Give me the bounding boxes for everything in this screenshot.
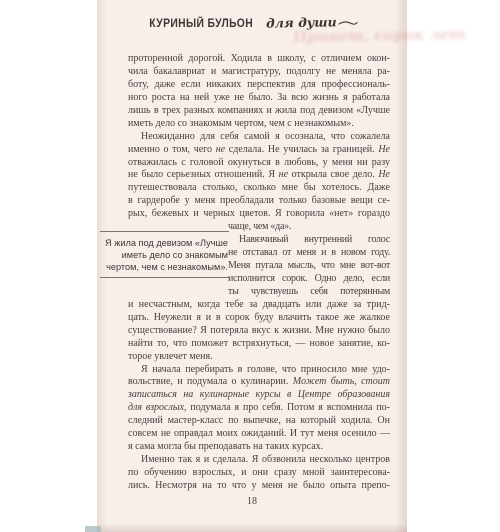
- text-run: рых, бежевых и черных цветов. Я говорила…: [128, 208, 390, 219]
- text-run: боту, даже если никаких перспектив для п…: [128, 79, 390, 90]
- text-run: по обучению взрослых, и они сразу мной з…: [128, 467, 390, 478]
- text-line: вольствие, и подумала о кулинарии. Может…: [128, 376, 390, 389]
- text-run: в гардеробе у меня преобладали только ба…: [128, 195, 390, 206]
- text-line: проторенной дорогой. Ходила в школу, с о…: [128, 53, 390, 66]
- text-run: совсем не оправдал моих ожиданий. И тут …: [128, 428, 390, 439]
- text-line: Меня пугала мысль, что мне вот-вот: [128, 260, 390, 273]
- text-line: не было серьезных отношений. Я не открыл…: [128, 169, 390, 182]
- text-run: отважилась с головой окунуться в любовь,…: [128, 157, 390, 168]
- text-line: в гардеробе у меня преобладали только ба…: [128, 195, 390, 208]
- text-run: найти то, что поможет встряхнуться, — но…: [128, 338, 390, 349]
- text-run: подумала я про себя. Потом я вспомнила п…: [187, 402, 390, 413]
- text-run: лись. Несмотря на то что у меня не было …: [128, 480, 390, 491]
- text-run: ного роста на ней уже не было. За всю жи…: [128, 92, 390, 103]
- text-line: найти то, что поможет встряхнуться, — но…: [128, 338, 390, 351]
- text-line: Неожиданно для себя самой я осознала, чт…: [128, 131, 390, 144]
- text-line: торое увлечет меня.: [128, 351, 390, 364]
- text-line: совсем не оправдал моих ожиданий. И тут …: [128, 428, 390, 441]
- text-line: чила бакалавриат и магистратуру, подолгу…: [128, 66, 390, 79]
- emphasized-text: записаться на кулинарные курсы в Центре …: [128, 389, 390, 400]
- text-run: исполнится сорок. Одно дело, если: [228, 273, 390, 284]
- text-run: именно о том, чего: [128, 144, 216, 155]
- text-run: ты чувствуешь себя потерянным: [228, 286, 390, 297]
- emphasized-text: не: [216, 144, 225, 155]
- text-line: чаще, чем «да».: [128, 221, 390, 234]
- text-run: и несчастным, когда тебе за двадцать или…: [128, 299, 390, 310]
- body-text: проторенной дорогой. Ходила в школу, с о…: [128, 53, 390, 493]
- running-head-series-subtitle: для души: [266, 14, 337, 30]
- text-run: лишь в трех разных компаниях и жила под …: [128, 105, 390, 116]
- text-line: лись. Несмотря на то что у меня не было …: [128, 480, 390, 493]
- page-number: 18: [97, 496, 407, 507]
- running-head-series-title: КУРИНЫЙ БУЛЬОН: [150, 18, 254, 31]
- text-line: Именно так я и сделала. Я обзвонила неск…: [128, 454, 390, 467]
- text-line: именно о том, чего не сделала. Не училас…: [128, 144, 390, 157]
- text-line: ного роста на ней уже не было. За всю жи…: [128, 92, 390, 105]
- text-run: Меня пугала мысль, что мне вот-вот: [228, 260, 390, 271]
- emphasized-text: не: [279, 169, 288, 180]
- text-line: я сама могла бы преподавать на таких кур…: [128, 441, 390, 454]
- text-line: ты чувствуешь себя потерянным: [128, 286, 390, 299]
- text-line: Я начала перебирать в голове, что принос…: [128, 364, 390, 377]
- text-line: Навязчивый внутренний голос: [128, 234, 390, 247]
- text-run: не было серьезных отношений. Я: [128, 169, 279, 180]
- text-line: записаться на кулинарные курсы в Центре …: [128, 389, 390, 402]
- emphasized-text: Может быть, стоит: [293, 376, 390, 387]
- text-line: путешествовала столько, сколько мне бы х…: [128, 182, 390, 195]
- photo-edge-artifact: [85, 526, 101, 532]
- text-run: вольствие, и подумала о кулинарии.: [128, 376, 293, 387]
- text-run: проторенной дорогой. Ходила в школу, с о…: [128, 53, 390, 64]
- text-run: торое увлечет меня.: [128, 351, 213, 362]
- text-run: цать. Неужели я и в сорок буду влачить т…: [128, 312, 390, 323]
- book-page: КУРИНЫЙ БУЛЬОН для души Привет, сорок ле…: [97, 0, 407, 532]
- text-run: Неожиданно для себя самой я осознала, чт…: [141, 131, 390, 142]
- text-run: Навязчивый внутренний голос: [239, 234, 390, 245]
- text-run: чила бакалавриат и магистратуру, подолгу…: [128, 66, 390, 77]
- emphasized-text: для взрослых,: [128, 402, 187, 413]
- emphasized-text: Не: [378, 169, 390, 180]
- text-run: сделала. Не училась за границей.: [225, 144, 378, 155]
- text-line: и несчастным, когда тебе за двадцать или…: [128, 299, 390, 312]
- text-line: исполнится сорок. Одно дело, если: [128, 273, 390, 286]
- text-run: чаще, чем «да».: [228, 221, 291, 232]
- flourish-stroke: [338, 19, 358, 27]
- text-run: не отставал от меня и в новом году.: [228, 247, 390, 258]
- text-run: следний мастер-класс по выпечке, на кото…: [128, 415, 390, 426]
- text-line: следний мастер-класс по выпечке, на кото…: [128, 415, 390, 428]
- text-run: открыла свое дело.: [288, 169, 378, 180]
- text-run: я сама могла бы преподавать на таких кур…: [128, 441, 323, 452]
- text-run: путешествовала столько, сколько мне бы х…: [128, 182, 390, 193]
- text-line: отважилась с головой окунуться в любовь,…: [128, 157, 390, 170]
- text-run: иметь дело со знакомым чертом, чем с нез…: [128, 118, 354, 129]
- text-line: для взрослых, подумала я про себя. Потом…: [128, 402, 390, 415]
- text-line: по обучению взрослых, и они сразу мной з…: [128, 467, 390, 480]
- emphasized-text: Не: [378, 144, 390, 155]
- text-line: существование? Я потеряла вкус к жизни. …: [128, 325, 390, 338]
- text-run: Я начала перебирать в голове, что принос…: [141, 364, 390, 375]
- text-line: цать. Неужели я и в сорок буду влачить т…: [128, 312, 390, 325]
- text-run: существование? Я потеряла вкус к жизни. …: [128, 325, 390, 336]
- text-line: боту, даже если никаких перспектив для п…: [128, 79, 390, 92]
- text-line: не отставал от меня и в новом году.: [128, 247, 390, 260]
- text-line: иметь дело со знакомым чертом, чем с нез…: [128, 118, 390, 131]
- text-line: лишь в трех разных компаниях и жила под …: [128, 105, 390, 118]
- text-line: рых, бежевых и черных цветов. Я говорила…: [128, 208, 390, 221]
- running-head: КУРИНЫЙ БУЛЬОН для души: [97, 14, 407, 32]
- text-run: Именно так я и сделала. Я обзвонила неск…: [141, 454, 390, 465]
